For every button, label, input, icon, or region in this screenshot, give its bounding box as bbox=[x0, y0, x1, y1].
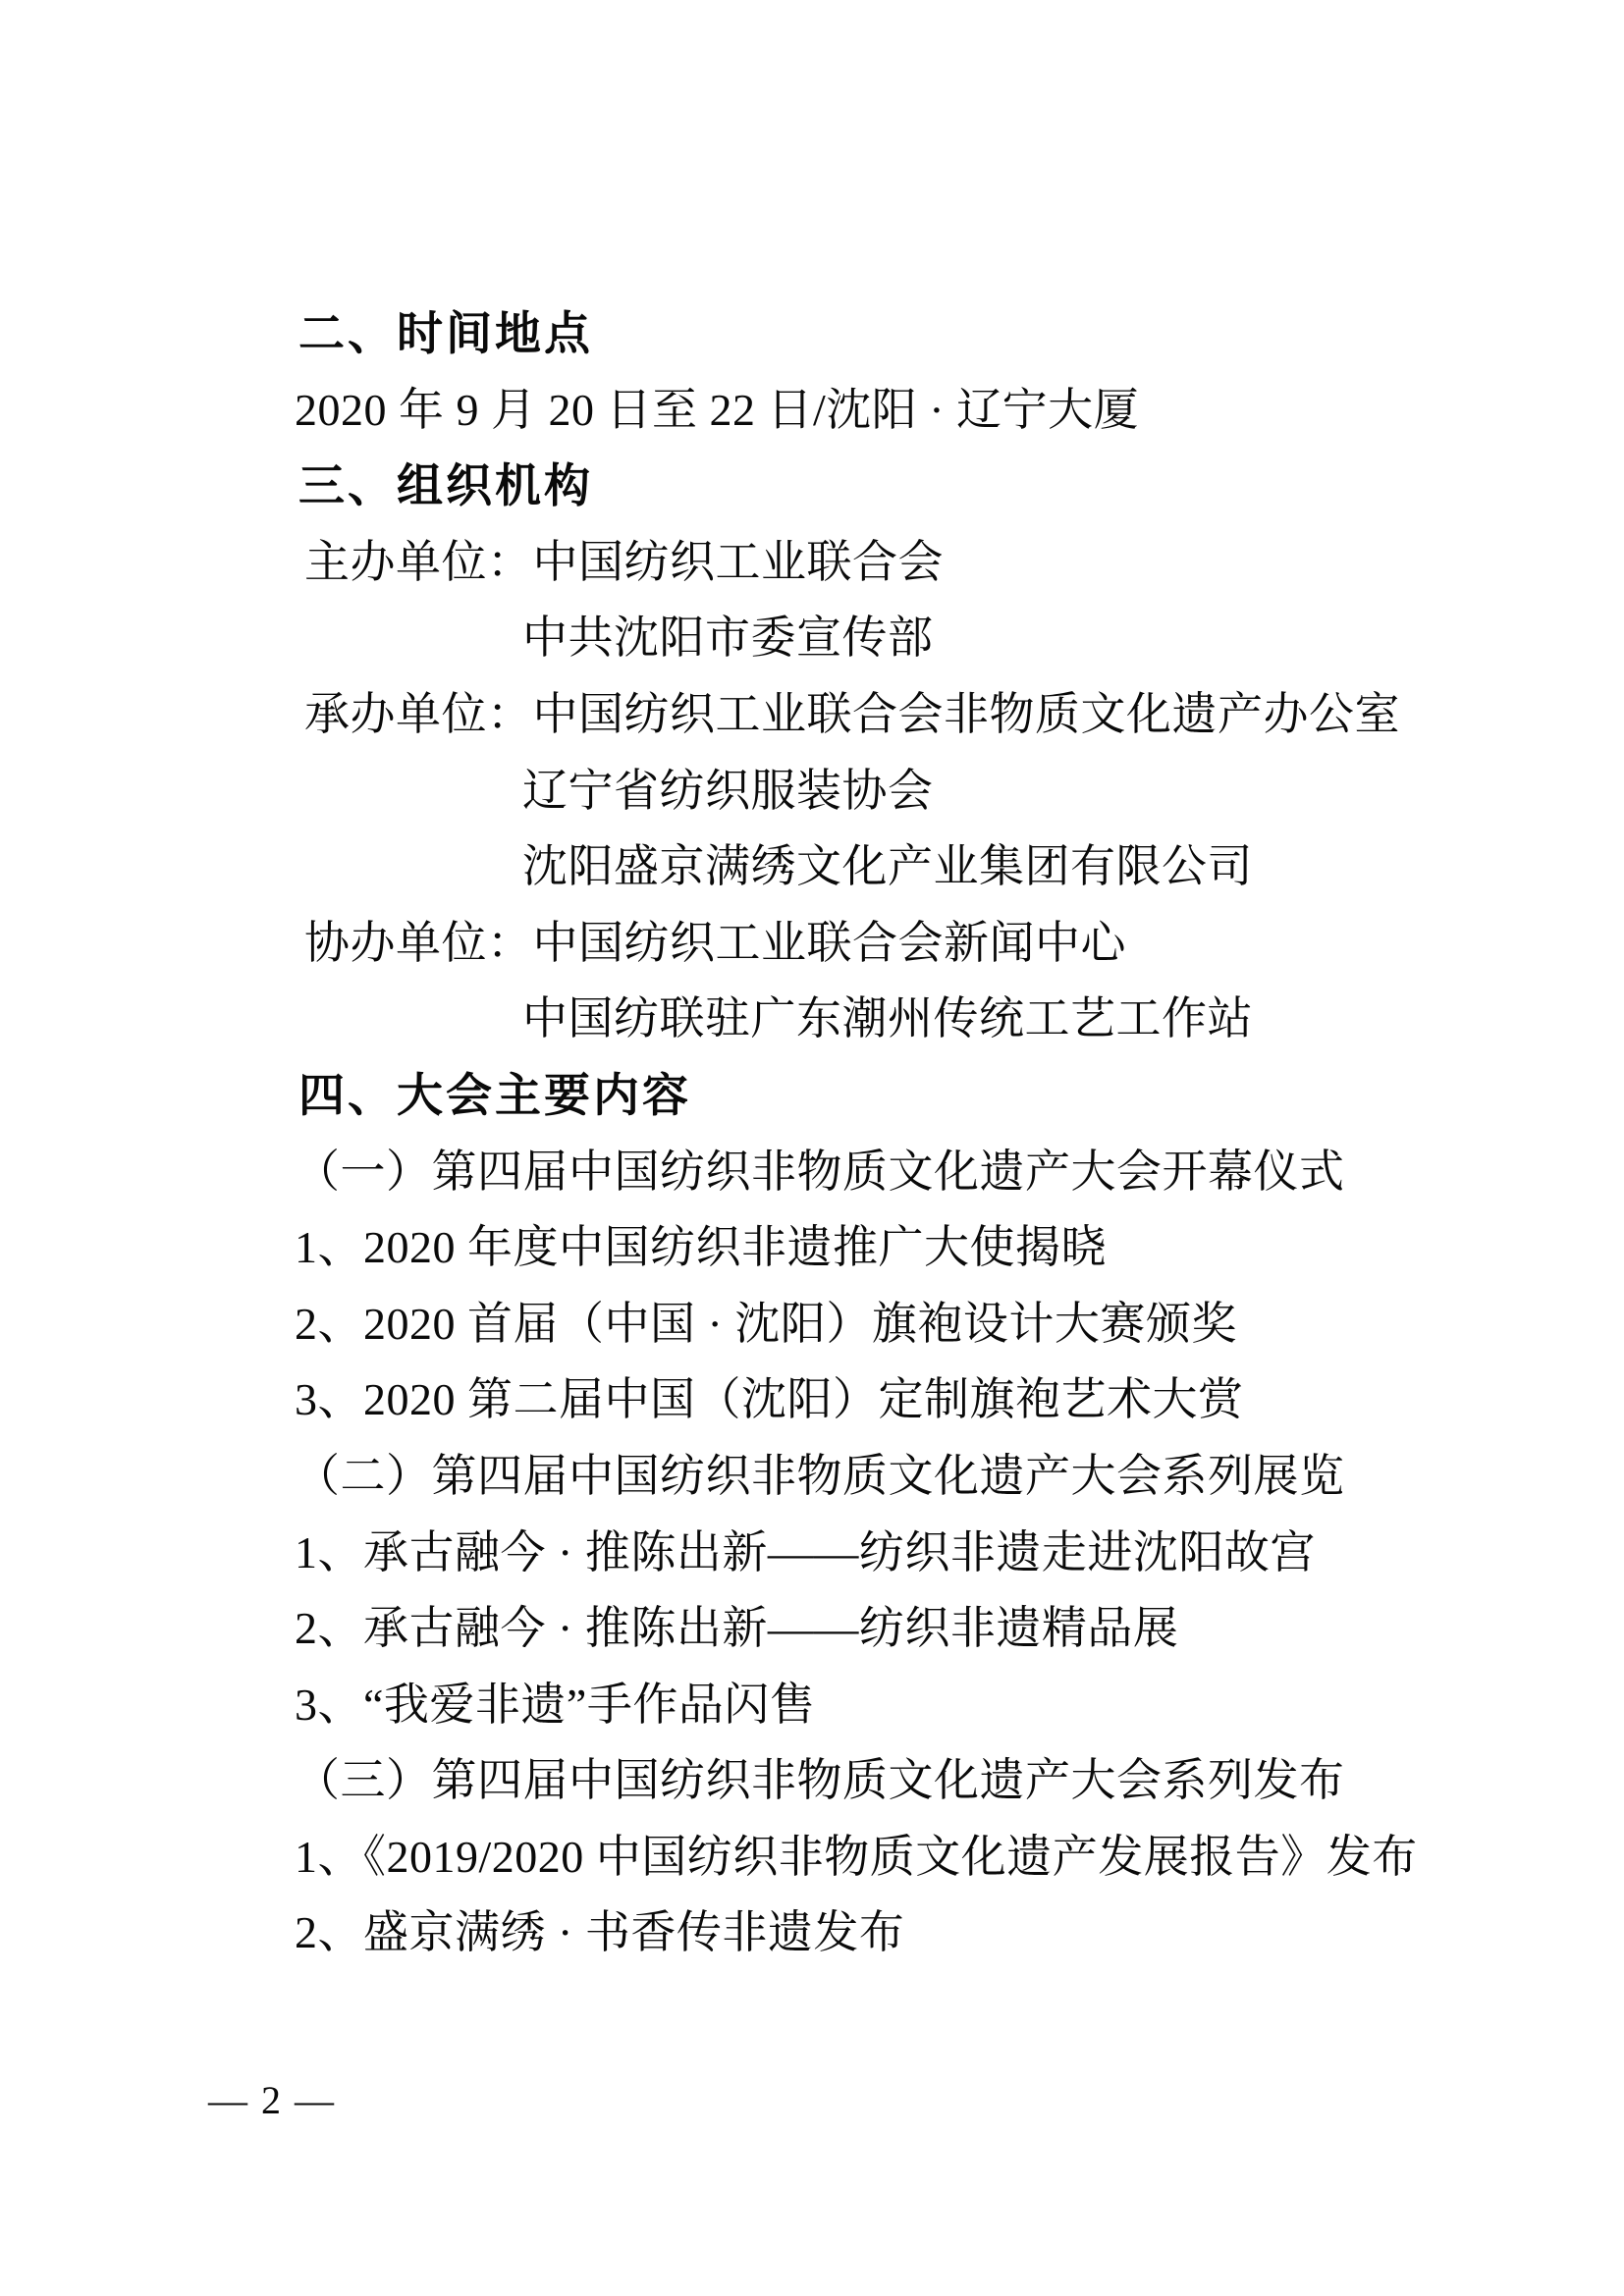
page-number: — 2 — bbox=[208, 2081, 336, 2120]
line-part1-item-2: 2、2020 首届（中国 · 沈阳）旗袍设计大赛颁奖 bbox=[0, 1286, 1624, 1362]
line-part1-opening-ceremony: （一）第四届中国纺织非物质文化遗产大会开幕仪式 bbox=[0, 1134, 1624, 1210]
line-host-organizer-2: 中共沈阳市委宣传部 bbox=[0, 600, 1624, 676]
line-co-organizer: 协办单位：中国纺织工业联合会新闻中心 bbox=[0, 905, 1624, 982]
heading-organization: 三、组织机构 bbox=[0, 448, 1624, 524]
scanned-document-page: 二、时间地点 2020 年 9 月 20 日至 22 日/沈阳 · 辽宁大厦 三… bbox=[0, 0, 1624, 2296]
heading-time-location: 二、时间地点 bbox=[0, 295, 1624, 372]
line-part2-item-3: 3、“我爱非遗”手作品闪售 bbox=[0, 1667, 1624, 1743]
line-part3-item-1: 1、《2019/2020 中国纺织非物质文化遗产发展报告》发布 bbox=[0, 1819, 1624, 1896]
line-part2-item-2: 2、承古融今 · 推陈出新——纺织非遗精品展 bbox=[0, 1590, 1624, 1667]
line-undertaker-3: 沈阳盛京满绣文化产业集团有限公司 bbox=[0, 828, 1624, 905]
line-part3-releases: （三）第四届中国纺织非物质文化遗产大会系列发布 bbox=[0, 1742, 1624, 1819]
line-co-organizer-2: 中国纺联驻广东潮州传统工艺工作站 bbox=[0, 981, 1624, 1057]
line-undertaker: 承办单位：中国纺织工业联合会非物质文化遗产办公室 bbox=[0, 676, 1624, 753]
line-part1-item-1: 1、2020 年度中国纺织非遗推广大使揭晓 bbox=[0, 1209, 1624, 1286]
document-text-block: 二、时间地点 2020 年 9 月 20 日至 22 日/沈阳 · 辽宁大厦 三… bbox=[0, 295, 1624, 1971]
heading-main-content: 四、大会主要内容 bbox=[0, 1057, 1624, 1134]
line-part3-item-2: 2、盛京满绣 · 书香传非遗发布 bbox=[0, 1895, 1624, 1971]
line-part1-item-3: 3、2020 第二届中国（沈阳）定制旗袍艺术大赏 bbox=[0, 1362, 1624, 1438]
line-date-location: 2020 年 9 月 20 日至 22 日/沈阳 · 辽宁大厦 bbox=[0, 372, 1624, 449]
line-host-organizer: 主办单位：中国纺织工业联合会 bbox=[0, 524, 1624, 601]
line-part2-exhibitions: （二）第四届中国纺织非物质文化遗产大会系列展览 bbox=[0, 1438, 1624, 1515]
line-undertaker-2: 辽宁省纺织服装协会 bbox=[0, 753, 1624, 829]
line-part2-item-1: 1、承古融今 · 推陈出新——纺织非遗走进沈阳故宫 bbox=[0, 1515, 1624, 1591]
